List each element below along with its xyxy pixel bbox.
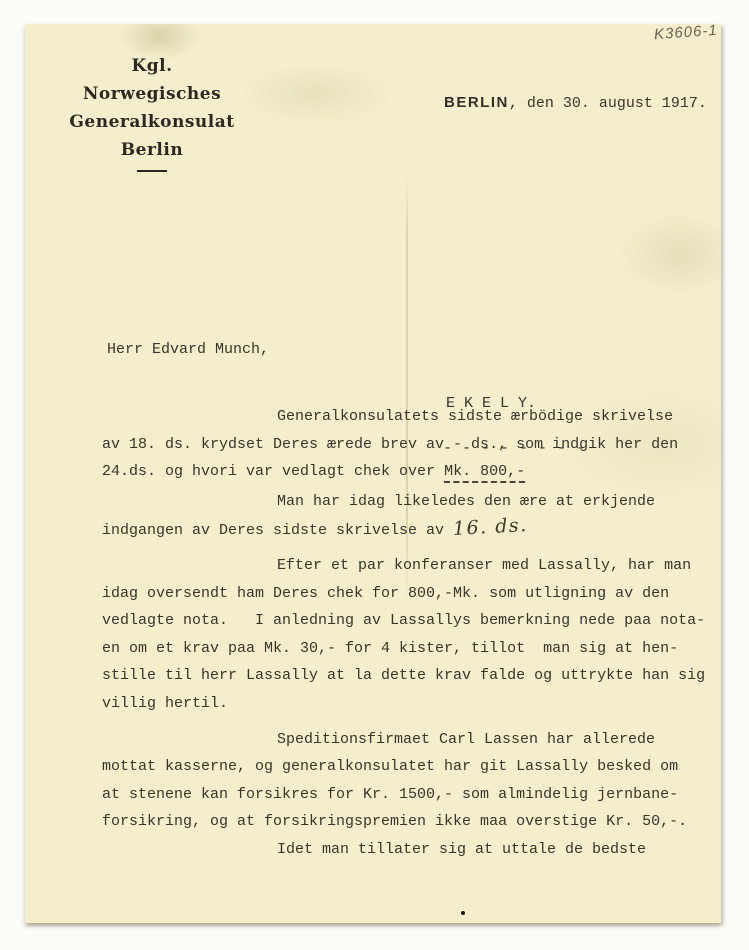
body-line-text: indgangen av Deres sidste skrivelse av [102, 522, 453, 539]
body-line: Idet man tillater sig at uttale de bedst… [102, 836, 712, 864]
body-line: indgangen av Deres sidste skrivelse av 1… [102, 515, 712, 545]
body-line: at stenene kan forsikres for Kr. 1500,- … [102, 781, 712, 809]
recipient-name: Herr Edvard Munch, [107, 341, 269, 358]
letter-body: Generalkonsulatets sidste ærbödige skriv… [102, 403, 712, 864]
letterhead: Kgl. Norwegisches Generalkonsulat Berlin [62, 52, 242, 172]
body-line: av 18. ds. krydset Deres ærede brev av -… [102, 431, 712, 459]
dateline: BERLIN, den 30. august 1917. [444, 94, 707, 112]
body-line: mottat kasserne, og generalkonsulatet ha… [102, 753, 712, 781]
body-line: 24.ds. og hvori var vedlagt chek over Mk… [102, 458, 712, 486]
body-line: en om et krav paa Mk. 30,- for 4 kister,… [102, 635, 712, 663]
underlined-amount: Mk. 800,- [444, 463, 525, 483]
body-line: villig hertil. [102, 690, 712, 718]
body-line: Efter et par konferanser med Lassally, h… [102, 552, 712, 580]
paragraph-5: Idet man tillater sig at uttale de bedst… [102, 836, 712, 864]
body-line-text: 24.ds. og hvori var vedlagt chek over [102, 463, 444, 480]
paragraph-3: Efter et par konferanser med Lassally, h… [102, 552, 712, 718]
dateline-city: BERLIN [444, 94, 509, 111]
letterhead-rule [137, 170, 167, 172]
ink-dot [461, 911, 465, 915]
paragraph-1: Generalkonsulatets sidste ærbödige skriv… [102, 403, 712, 486]
body-line: Generalkonsulatets sidste ærbödige skriv… [102, 403, 712, 431]
body-line: Speditionsfirmaet Carl Lassen har allere… [102, 726, 712, 754]
body-line: vedlagte nota. I anledning av Lassallys … [102, 607, 712, 635]
body-line: stille til herr Lassally at la dette kra… [102, 662, 712, 690]
paragraph-4: Speditionsfirmaet Carl Lassen har allere… [102, 726, 712, 836]
body-line: Man har idag likeledes den ære at erkjen… [102, 488, 712, 516]
dateline-date: , den 30. august 1917. [509, 95, 707, 112]
body-line: idag oversendt ham Deres chek for 800,-M… [102, 580, 712, 608]
paragraph-2: Man har idag likeledes den ære at erkjen… [102, 488, 712, 545]
letterhead-line-1: Kgl. Norwegisches [62, 52, 242, 108]
handwritten-date: 16. ds. [452, 512, 528, 543]
body-line: forsikring, og at forsikringspremien ikk… [102, 808, 712, 836]
letterhead-line-2: Generalkonsulat [62, 108, 242, 136]
scanned-letter: Kgl. Norwegisches Generalkonsulat Berlin… [0, 0, 749, 950]
letterhead-line-3: Berlin [62, 136, 242, 164]
